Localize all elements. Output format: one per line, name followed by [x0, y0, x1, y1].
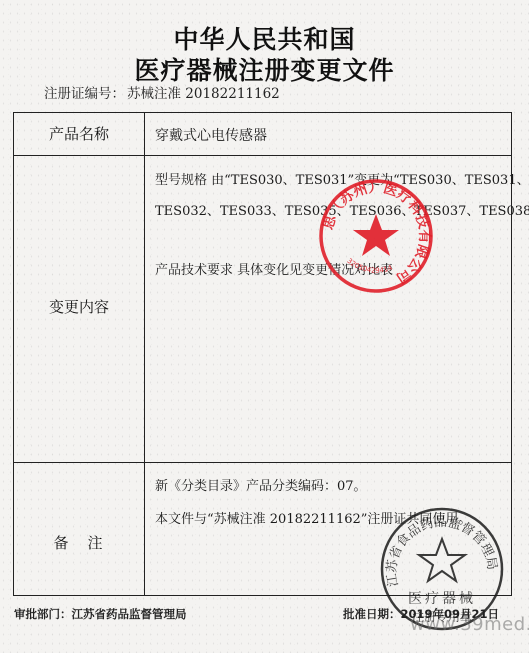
remarks-classification-code: 新《分类目录》产品分类编码：07。 — [155, 475, 367, 494]
approval-date-label: 批准日期： — [343, 607, 401, 621]
approval-department-value: 江苏省药品监督管理局 — [72, 607, 187, 621]
model-spec-change-line2: TES032、TES033、TES035、TES036、TES037、TES03… — [155, 200, 529, 219]
row-divider — [14, 155, 511, 156]
registration-label: 注册证编号： — [44, 86, 125, 102]
approval-department-label: 审批部门： — [14, 607, 72, 621]
site-watermark: www.39med.com — [410, 614, 529, 635]
change-table: 产品名称 穿戴式心电传感器 变更内容 型号规格 由“TES030、TES031”… — [13, 112, 512, 596]
row-divider — [14, 462, 511, 463]
approval-department: 审批部门：江苏省药品监督管理局 — [14, 606, 187, 622]
product-name-label: 产品名称 — [14, 123, 144, 144]
model-spec-change-line1: 型号规格 由“TES030、TES031”变更为“TES030、TES031、 — [155, 169, 529, 188]
column-divider — [144, 113, 145, 595]
remarks-label: 备 注 — [14, 532, 144, 553]
technical-requirement-change: 产品技术要求 具体变化见变更情况对比表 — [155, 259, 393, 278]
product-name-value: 穿戴式心电传感器 — [155, 125, 267, 145]
change-content-label: 变更内容 — [14, 296, 144, 317]
registration-number-line: 注册证编号：苏械注准 20182211162 — [44, 82, 280, 102]
registration-number: 苏械注准 20182211162 — [127, 86, 280, 102]
remarks-usage-note: 本文件与“苏械注准 20182211162”注册证共同使用。 — [155, 508, 471, 527]
